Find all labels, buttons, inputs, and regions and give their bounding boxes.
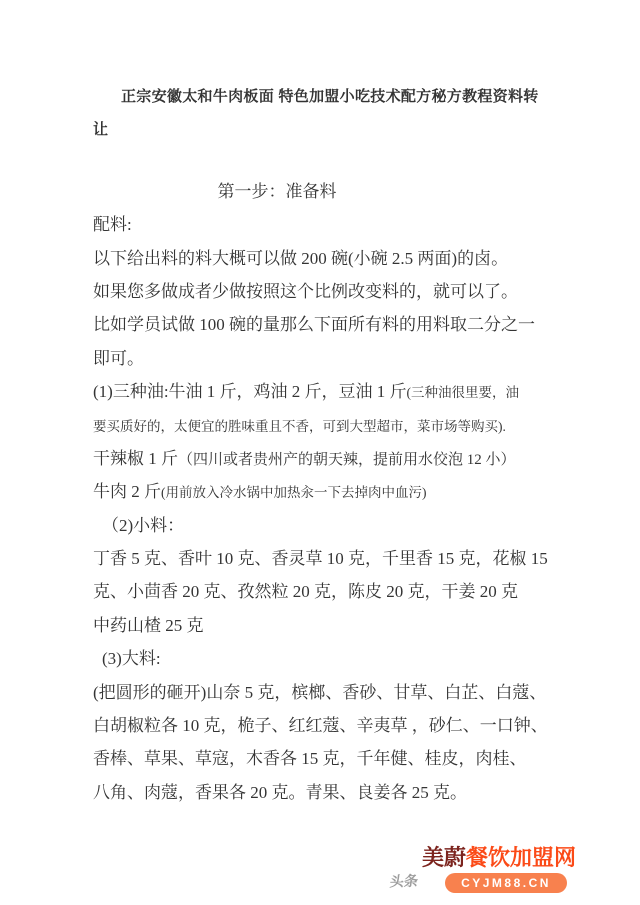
text-segment: （四川或者贵州产的朝天辣，提前用水佼泡 12 小） (178, 452, 516, 468)
brand-logo: 美蔚餐饮加盟网 (422, 845, 576, 871)
text-segment: 如果您多做成者少做按照这个比例改变料的，就可以了。 (93, 282, 518, 301)
text-line: 牛肉 2 斤(用前放入冷水锅中加热汆一下去掉肉中血污) (93, 475, 547, 508)
brand-name-text: 美蔚 (422, 845, 466, 870)
text-line: 白胡椒粒各 10 克，桅子、红红蔻、辛夷草 ，砂仁、一口钟、 (93, 709, 547, 742)
text-segment: 即可。 (93, 349, 144, 368)
text-segment: 克、小茴香 20 克、孜然粒 20 克，陈皮 20 克，干姜 20 克 (93, 582, 518, 601)
text-segment: 让 (93, 121, 108, 138)
site-url-badge: CYJM88.CN (445, 873, 567, 893)
text-line: 要买质好的，太便宜的胜味重且不香，可到大型超市，菜市场等购买). (93, 409, 547, 442)
text-segment: 配料: (93, 215, 132, 234)
text-line: 克、小茴香 20 克、孜然粒 20 克，陈皮 20 克，干姜 20 克 (93, 575, 547, 608)
text-segment: 正宗安徽太和牛肉板面 特色加盟小吃技术配方秘方教程资料转 (121, 88, 539, 105)
text-segment: (用前放入冷水锅中加热汆一下去掉肉中血污) (161, 485, 427, 500)
text-segment: 丁香 5 克、香叶 10 克、香灵草 10 克，千里香 15 克，花椒 15 (93, 549, 548, 568)
text-segment: （2)小料： (102, 516, 184, 535)
section-heading: 第一步：准备料 (93, 175, 547, 208)
document-page: 正宗安徽太和牛肉板面 特色加盟小吃技术配方秘方教程资料转让第一步：准备料配料:以… (0, 0, 640, 905)
text-line: 丁香 5 克、香叶 10 克、香灵草 10 克，千里香 15 克，花椒 15 (93, 542, 547, 575)
text-segment: 以下给出料的料大概可以做 200 碗(小碗 2.5 两面)的卤。 (93, 249, 508, 268)
text-line: (1)三种油:牛油 1 斤，鸡油 2 斤，豆油 1 斤(三种油很里要，油 (93, 375, 547, 408)
brand-suffix-text: 餐饮加盟网 (466, 845, 576, 870)
text-line: （2)小料： (93, 509, 547, 542)
text-segment: 八角、肉蔻，香果各 20 克。青果、良姜各 25 克。 (93, 783, 467, 802)
text-line: 以下给出料的料大概可以做 200 碗(小碗 2.5 两面)的卤。 (93, 242, 547, 275)
text-segment: (把圆形的砸开)山奈 5 克，槟榔、香砂、甘草、白芷、白蔻、 (93, 683, 546, 702)
text-line: 比如学员试做 100 碗的量那么下面所有料的用料取二分之一 (93, 308, 547, 341)
text-line: 如果您多做成者少做按照这个比例改变料的，就可以了。 (93, 275, 547, 308)
doc-title-line: 正宗安徽太和牛肉板面 特色加盟小吃技术配方秘方教程资料转 (93, 80, 547, 113)
text-line: 即可。 (93, 342, 547, 375)
text-segment: (3)大料: (102, 649, 161, 668)
text-segment: (1)三种油:牛油 1 斤，鸡油 2 斤，豆油 1 斤 (93, 382, 407, 401)
text-line: (把圆形的砸开)山奈 5 克，槟榔、香砂、甘草、白芷、白蔻、 (93, 676, 547, 709)
text-segment: (三种油很里要，油 (407, 385, 520, 400)
text-segment: 牛肉 2 斤 (93, 482, 161, 501)
text-line: 中药山楂 25 克 (93, 609, 547, 642)
text-segment: 中药山楂 25 克 (93, 616, 204, 635)
doc-title-line: 让 (93, 113, 547, 146)
text-line: 配料: (93, 208, 547, 241)
text-segment: 第一步：准备料 (218, 182, 337, 201)
text-segment: 白胡椒粒各 10 克，桅子、红红蔻、辛夷草 ，砂仁、一口钟、 (93, 716, 548, 735)
text-line: 八角、肉蔻，香果各 20 克。青果、良姜各 25 克。 (93, 776, 547, 809)
text-line: 香棒、草果、草寇，木香各 15 克，千年健、桂皮，肉桂、 (93, 742, 547, 775)
text-segment: 香棒、草果、草寇，木香各 15 克，千年健、桂皮，肉桂、 (93, 749, 527, 768)
document-body: 正宗安徽太和牛肉板面 特色加盟小吃技术配方秘方教程资料转让第一步：准备料配料:以… (93, 80, 547, 809)
text-segment: 要买质好的，太便宜的胜味重且不香，可到大型超市，菜市场等购买). (93, 419, 506, 434)
text-line: (3)大料: (93, 642, 547, 675)
text-segment: 比如学员试做 100 碗的量那么下面所有料的用料取二分之一 (93, 315, 535, 334)
toutiao-watermark-text: 头条 (389, 871, 419, 892)
text-segment: 干辣椒 1 斤 (93, 449, 178, 468)
text-line: 干辣椒 1 斤（四川或者贵州产的朝天辣，提前用水佼泡 12 小） (93, 442, 547, 475)
site-watermark: 头条 美蔚餐饮加盟网 CYJM88.CN (390, 845, 640, 905)
